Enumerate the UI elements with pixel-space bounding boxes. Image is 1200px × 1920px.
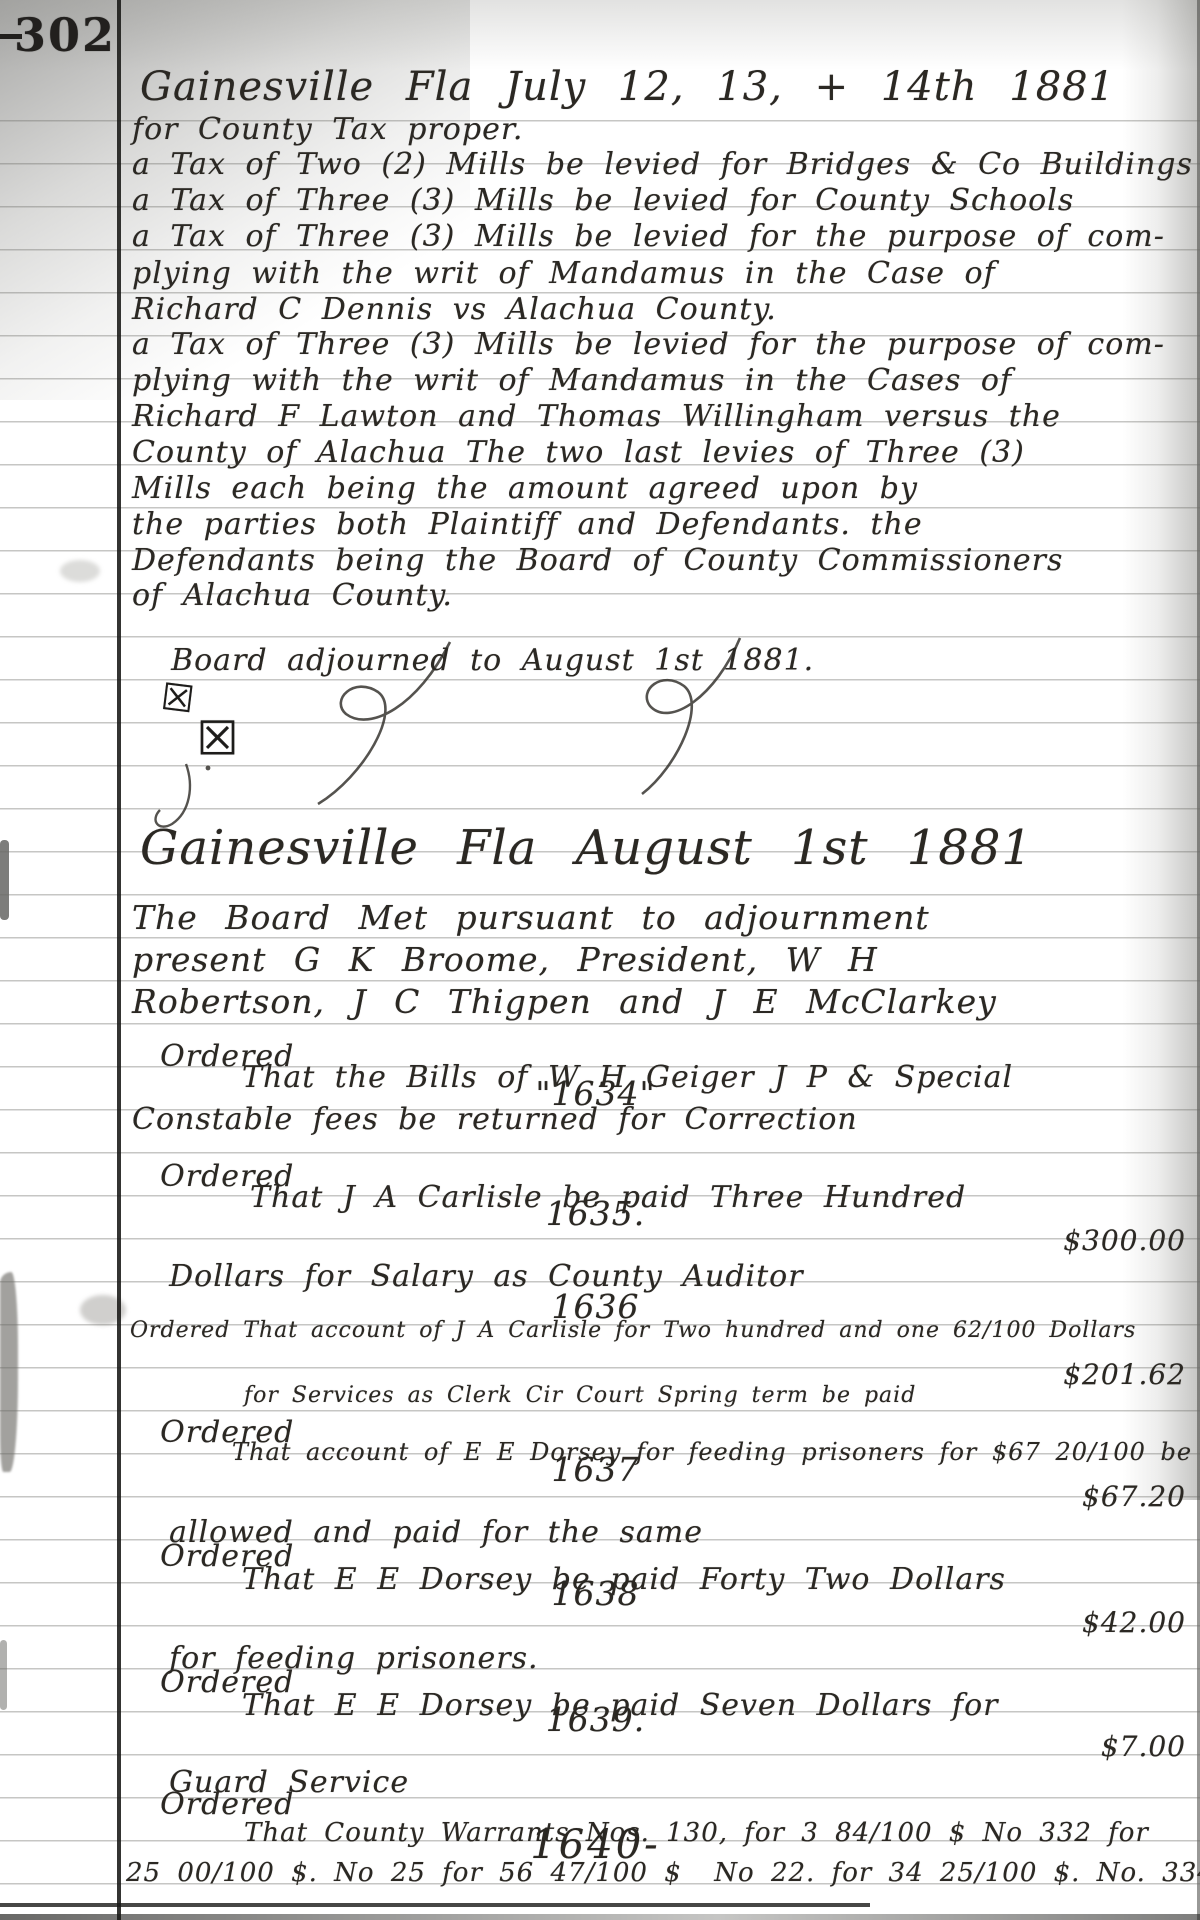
spine-smudge [0, 840, 9, 920]
adjournment-text: Board adjourned to August 1st 1881. [171, 643, 814, 678]
ledger-line: Richard F Lawton and Thomas Willingham v… [132, 399, 1061, 434]
margin-rule [117, 0, 121, 1920]
amount-value: $201.62 [1063, 1358, 1186, 1391]
page-number: 302 [14, 8, 116, 62]
ledger-line: Defendants being the Board of County Com… [132, 543, 1063, 578]
ledger-line: Richard C Dennis vs Alachua County. [132, 292, 777, 327]
ledger-line: That E E Dorsey be paid Forty Two Dollar… [242, 1562, 1006, 1597]
crossed-box-icon: ☒ [159, 680, 196, 716]
ledger-line: Robertson, J C Thigpen and J E McClarkey [132, 982, 997, 1021]
ledger-line: plying with the writ of Mandamus in the … [132, 256, 996, 291]
ledger-line: a Tax of Three (3) Mills be levied for C… [132, 183, 1074, 218]
spine-smudge [0, 1640, 7, 1710]
meeting-heading: Gainesville Fla July 12, 13, + 14th 1881 [140, 64, 1115, 110]
ledger-line: a Tax of Two (2) Mills be levied for Bri… [132, 147, 1193, 182]
ledger-line: for County Tax proper. [132, 112, 523, 147]
ledger-line: The Board Met pursuant to adjournment [132, 898, 930, 937]
order-header-line: 1636 [130, 1268, 1188, 1306]
amount-value: $42.00 [1082, 1606, 1186, 1639]
amount-value: $300.00 [1063, 1224, 1186, 1257]
ledger-line: plying with the writ of Mandamus in the … [132, 363, 1012, 398]
meeting-heading: Gainesville Fla August 1st 1881 [140, 820, 1033, 876]
ledger-line: That County Warrants Nos. 130, for 3 84/… [244, 1818, 1149, 1848]
ledger-line: present G K Broome, President, W H [132, 940, 878, 979]
scan-edge-bottom-line [0, 1903, 870, 1907]
ledger-line: a Tax of Three (3) Mills be levied for t… [132, 327, 1165, 362]
ledger-line: That J A Carlisle be paid Three Hundred [250, 1180, 966, 1215]
ledger-line: That E E Dorsey be paid Seven Dollars fo… [242, 1688, 999, 1723]
ledger-line: County of Alachua The two last levies of… [132, 435, 1025, 470]
ledger-line: Constable fees be returned for Correctio… [132, 1102, 858, 1137]
ledger-line: 25 00/100 $. No 25 for 56 47/100 $ No 22… [126, 1858, 1200, 1888]
ledger-line: Ordered That account of J A Carlisle for… [130, 1318, 1136, 1343]
ledger-line: a Tax of Three (3) Mills be levied for t… [132, 219, 1165, 254]
amount-value: $67.20 [1082, 1480, 1186, 1513]
ledger-line: That account of E E Dorsey for feeding p… [232, 1438, 1192, 1466]
ordered-label: Ordered [160, 1787, 294, 1822]
ledger-line: That the Bills of W H Geiger J P & Speci… [242, 1060, 1013, 1095]
paper-shade-top [0, 0, 1200, 70]
spine-smudge [0, 1272, 18, 1472]
scan-edge-bottom [0, 1914, 1200, 1920]
amount-value: $7.00 [1101, 1730, 1186, 1763]
crossed-box-icon: ☒ [197, 718, 240, 759]
adjournment-line: Board adjourned to August 1st 1881. ☒ ☒ [132, 608, 814, 758]
paper-stain [60, 560, 100, 582]
ledger-line: the parties both Plaintiff and Defendant… [132, 507, 923, 542]
ledger-line: Mills each being the amount agreed upon … [132, 471, 918, 506]
